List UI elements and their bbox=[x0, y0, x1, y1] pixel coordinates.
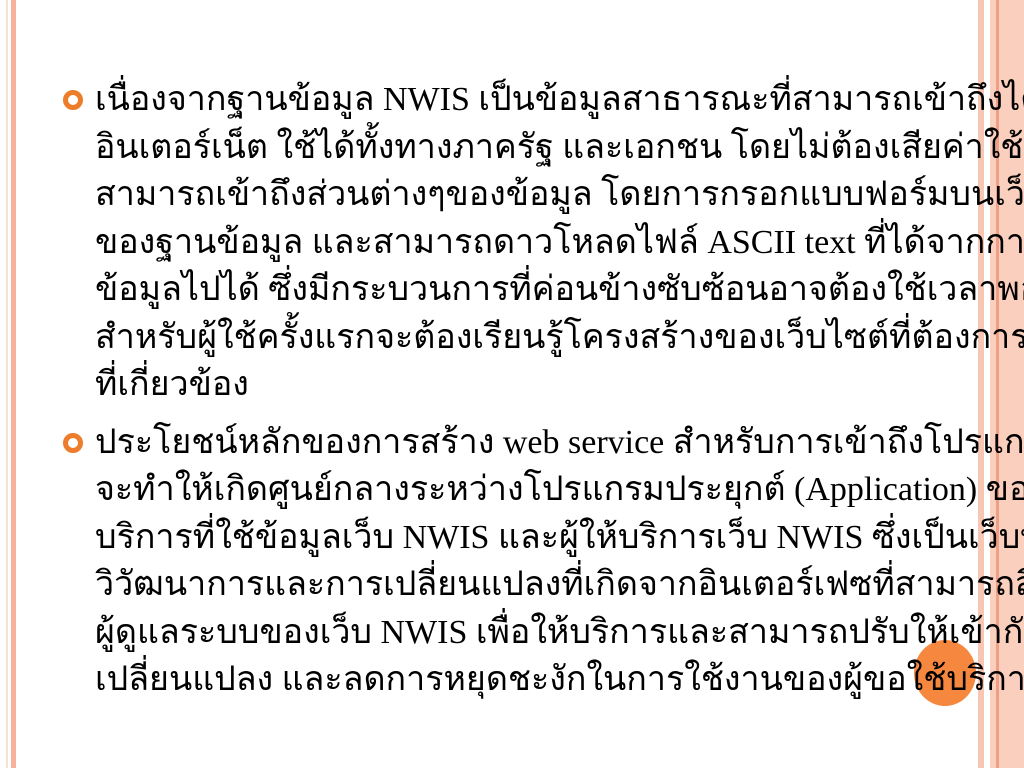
bullet-ring-icon bbox=[63, 90, 83, 110]
bullet-text-line: สำหรับผู้ใช้ครั้งแรกจะต้องเรียนรู้โครงสร… bbox=[95, 314, 963, 362]
bullet-paragraph: ประโยชน์หลักของการสร้าง web service สำหร… bbox=[95, 419, 963, 704]
slide-canvas: เนื่องจากฐานข้อมูล NWIS เป็นข้อมูลสาธารณ… bbox=[0, 0, 1024, 768]
bullet-text-line: ประโยชน์หลักของการสร้าง web service สำหร… bbox=[95, 419, 963, 467]
bullet-text-line: ผู้ดูแลระบบของเว็บ NWIS เพื่อให้บริการแล… bbox=[95, 609, 963, 657]
bullet-text-line: จะทำให้เกิดศูนย์กลางระหว่างโปรแกรมประยุก… bbox=[95, 466, 963, 514]
bullet-text-line: ของฐานข้อมูล และสามารถดาวโหลดไฟล์ ASCII … bbox=[95, 219, 963, 267]
bullet-item: ประโยชน์หลักของการสร้าง web service สำหร… bbox=[63, 419, 963, 704]
bullet-ring-icon bbox=[63, 433, 83, 453]
left-thin-line bbox=[6, 0, 8, 768]
bullet-text-line: วิวัฒนาการและการเปลี่ยนแปลงที่เกิดจากอิน… bbox=[95, 561, 963, 609]
bullet-text-line: บริการที่ใช้ข้อมูลเว็บ NWIS และผู้ให้บริ… bbox=[95, 514, 963, 562]
bullet-text-line: สามารถเข้าถึงส่วนต่างๆของข้อมูล โดยการกร… bbox=[95, 171, 963, 219]
bullet-text-line: อินเตอร์เน็ต ใช้ได้ทั้งทางภาครัฐ และเอกช… bbox=[95, 124, 963, 172]
bullet-text-line: เนื่องจากฐานข้อมูล NWIS เป็นข้อมูลสาธารณ… bbox=[95, 76, 963, 124]
bullet-text-line: ที่เกี่ยวข้อง bbox=[95, 361, 963, 409]
bullet-paragraph: เนื่องจากฐานข้อมูล NWIS เป็นข้อมูลสาธารณ… bbox=[95, 76, 963, 409]
bullet-text-line: ข้อมูลไปได้ ซึ่งมีกระบวนการที่ค่อนข้างซั… bbox=[95, 266, 963, 314]
left-stripe bbox=[11, 0, 16, 768]
bullet-item: เนื่องจากฐานข้อมูล NWIS เป็นข้อมูลสาธารณ… bbox=[63, 76, 963, 409]
slide-body: เนื่องจากฐานข้อมูล NWIS เป็นข้อมูลสาธารณ… bbox=[63, 76, 963, 714]
bullet-text-line: เปลี่ยนแปลง และลดการหยุดชะงักในการใช้งาน… bbox=[95, 656, 963, 704]
